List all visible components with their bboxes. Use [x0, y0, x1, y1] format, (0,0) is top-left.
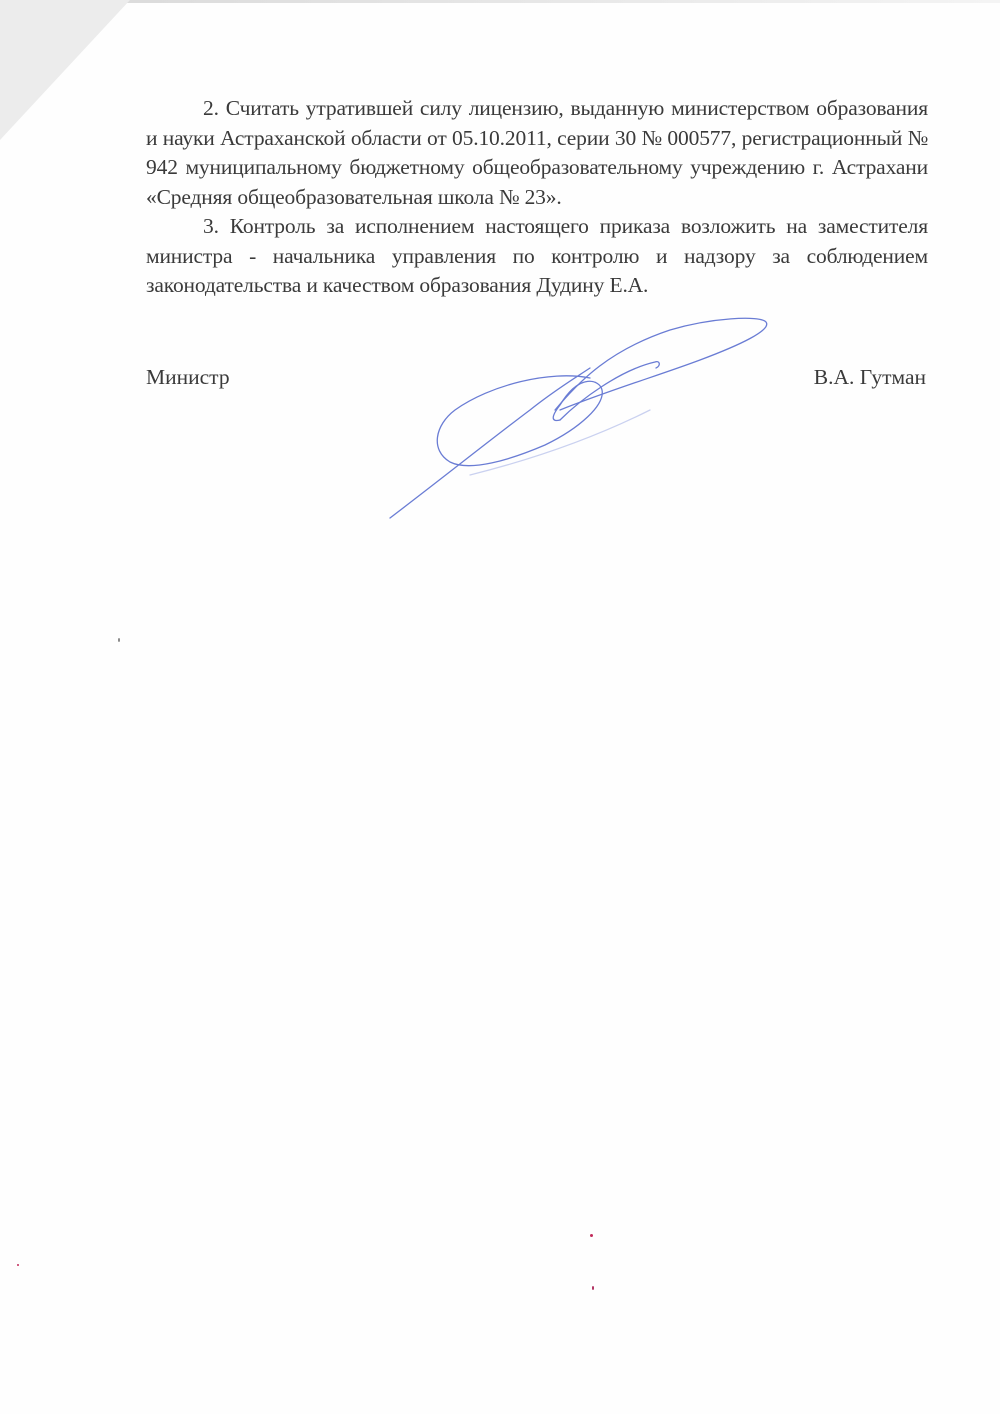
scan-edge — [0, 0, 1000, 3]
document-body: 2. Считать утратившей силу лицензию, выд… — [146, 94, 928, 301]
signatory-role: Министр — [146, 363, 230, 391]
folded-corner-shadow — [0, 0, 130, 140]
signatory-name: В.А. Гутман — [814, 363, 926, 391]
scan-speck — [592, 1286, 594, 1290]
handwritten-signature-icon — [380, 310, 780, 530]
document-page: 2. Считать утратившей силу лицензию, выд… — [0, 0, 1000, 1414]
scan-speck — [17, 1264, 19, 1266]
scan-speck — [118, 638, 120, 642]
paragraph-3: 3. Контроль за исполнением настоящего пр… — [146, 212, 928, 301]
paragraph-2: 2. Считать утратившей силу лицензию, выд… — [146, 94, 928, 212]
scan-speck — [590, 1234, 593, 1237]
